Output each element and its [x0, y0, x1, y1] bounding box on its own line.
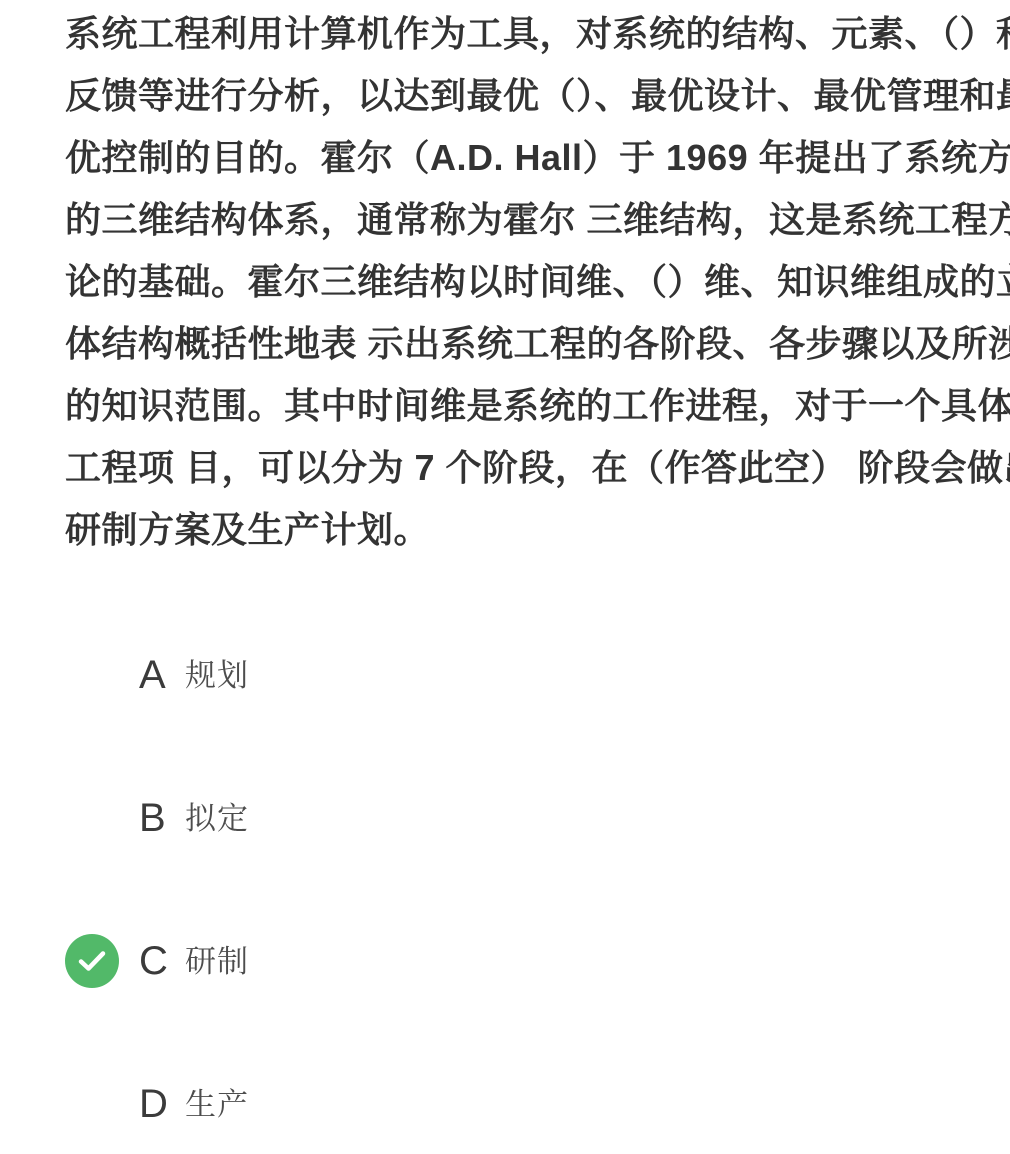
correct-answer-indicator	[65, 934, 119, 988]
question-line: 优控制的目的。霍尔（A.D. Hall）于 1969 年提出了系统方法	[65, 127, 946, 189]
question-line: 反馈等进行分析，以达到最优（）、最优设计、最优管理和最	[65, 65, 946, 127]
question-text: 系统工程利用计算机作为工具，对系统的结构、元素、（）和 反馈等进行分析，以达到最…	[0, 0, 1010, 561]
option-c[interactable]: C 研制	[65, 916, 1010, 1006]
check-placeholder	[65, 1077, 119, 1131]
check-circle-icon	[65, 934, 119, 988]
option-label: 拟定	[185, 803, 249, 834]
option-label: 生产	[185, 1089, 249, 1120]
option-label: 研制	[185, 946, 249, 977]
question-line: 论的基础。霍尔三维结构以时间维、（）维、知识维组成的立	[65, 251, 946, 313]
question-line: 体结构概括性地表 示出系统工程的各阶段、各步骤以及所涉及	[65, 313, 946, 375]
question-line: 研制方案及生产计划。	[65, 499, 946, 561]
question-line: 的知识范围。其中时间维是系统的工作进程，对于一个具体的	[65, 375, 946, 437]
option-b[interactable]: B 拟定	[65, 773, 1010, 863]
option-d[interactable]: D 生产	[65, 1059, 1010, 1149]
check-placeholder	[65, 791, 119, 845]
options-list: A 规划 B 拟定 C 研制 D 生产	[0, 630, 1010, 1149]
check-placeholder	[65, 648, 119, 702]
option-letter: D	[139, 1084, 173, 1124]
question-line: 工程项 目，可以分为 7 个阶段，在（作答此空） 阶段会做出	[65, 437, 946, 499]
option-letter: A	[139, 655, 173, 695]
option-a[interactable]: A 规划	[65, 630, 1010, 720]
option-label: 规划	[185, 660, 249, 691]
question-line: 系统工程利用计算机作为工具，对系统的结构、元素、（）和	[65, 3, 946, 65]
option-letter: B	[139, 798, 173, 838]
quiz-question-page: 系统工程利用计算机作为工具，对系统的结构、元素、（）和 反馈等进行分析，以达到最…	[0, 0, 1010, 1154]
question-line: 的三维结构体系，通常称为霍尔 三维结构，这是系统工程方法	[65, 189, 946, 251]
option-letter: C	[139, 941, 173, 981]
